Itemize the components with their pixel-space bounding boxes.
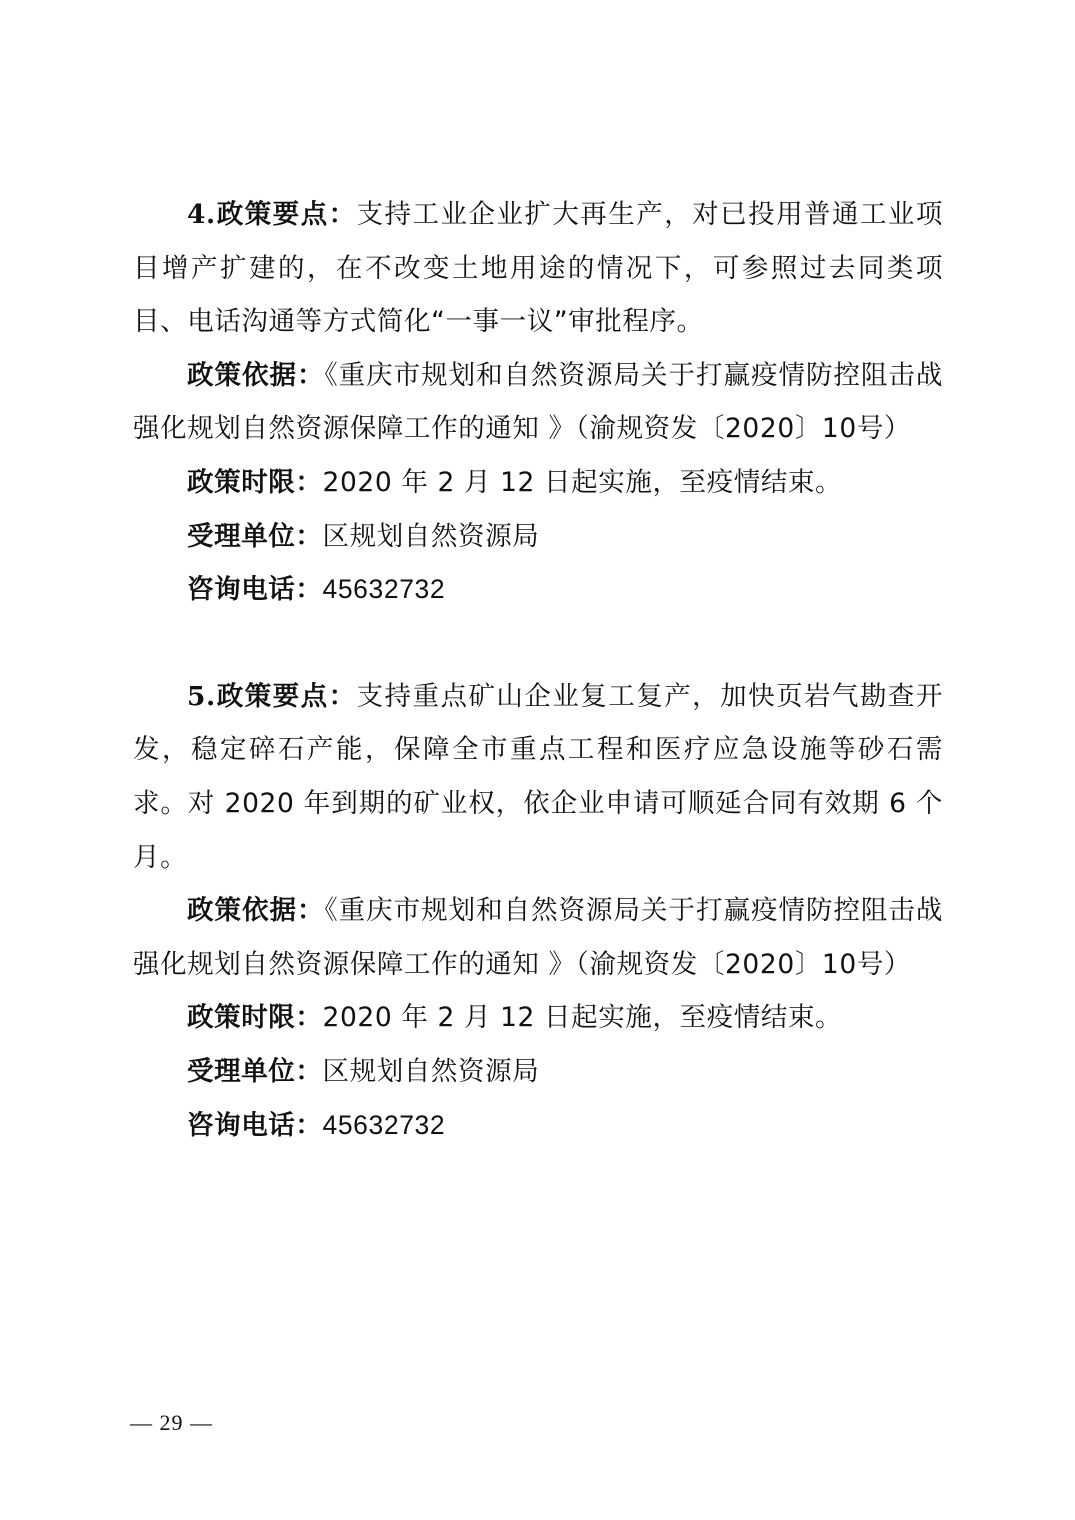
policy-section-4: 4.政策要点：支持工业企业扩大再生产，对已投用普通工业项目增产扩建的，在不改变土… <box>133 188 943 617</box>
key-points-label: 政策要点： <box>216 199 357 230</box>
policy-section-5: 5.政策要点：支持重点矿山企业复工复产，加快页岩气勘查开发，稳定碎石产能，保障全… <box>133 670 943 1152</box>
document-page: 4.政策要点：支持工业企业扩大再生产，对已投用普通工业项目增产扩建的，在不改变土… <box>133 188 943 1152</box>
time-limit-text: 2020 年 2 月 12 日起实施，至疫情结束。 <box>323 1002 843 1033</box>
handling-unit-label: 受理单位： <box>187 1056 323 1087</box>
handling-unit-text: 区规划自然资源局 <box>323 1056 540 1087</box>
handling-unit-text: 区规划自然资源局 <box>323 521 540 552</box>
key-points-label: 政策要点： <box>216 681 357 712</box>
section-number: 4. <box>187 199 216 230</box>
basis-paragraph: 政策依据：《重庆市规划和自然资源局关于打赢疫情防控阻击战强化规划自然资源保障工作… <box>133 349 943 456</box>
phone-paragraph: 咨询电话：45632732 <box>133 1099 943 1153</box>
time-limit-paragraph: 政策时限：2020 年 2 月 12 日起实施，至疫情结束。 <box>133 456 943 510</box>
handling-unit-label: 受理单位： <box>187 521 323 552</box>
basis-label: 政策依据： <box>187 360 324 391</box>
section-number: 5. <box>187 681 216 712</box>
phone-number: 45632732 <box>323 574 446 604</box>
key-points-paragraph: 5.政策要点：支持重点矿山企业复工复产，加快页岩气勘查开发，稳定碎石产能，保障全… <box>133 670 943 884</box>
time-limit-paragraph: 政策时限：2020 年 2 月 12 日起实施，至疫情结束。 <box>133 991 943 1045</box>
phone-paragraph: 咨询电话：45632732 <box>133 563 943 617</box>
time-limit-label: 政策时限： <box>187 467 323 498</box>
basis-label: 政策依据： <box>187 895 324 926</box>
phone-label: 咨询电话： <box>187 574 323 605</box>
time-limit-text: 2020 年 2 月 12 日起实施，至疫情结束。 <box>323 467 843 498</box>
time-limit-label: 政策时限： <box>187 1002 323 1033</box>
basis-paragraph: 政策依据：《重庆市规划和自然资源局关于打赢疫情防控阻击战强化规划自然资源保障工作… <box>133 884 943 991</box>
handling-unit-paragraph: 受理单位：区规划自然资源局 <box>133 1045 943 1099</box>
phone-number: 45632732 <box>323 1110 446 1140</box>
key-points-paragraph: 4.政策要点：支持工业企业扩大再生产，对已投用普通工业项目增产扩建的，在不改变土… <box>133 188 943 349</box>
handling-unit-paragraph: 受理单位：区规划自然资源局 <box>133 510 943 564</box>
page-number: — 29 — <box>130 1410 213 1436</box>
phone-label: 咨询电话： <box>187 1110 323 1141</box>
